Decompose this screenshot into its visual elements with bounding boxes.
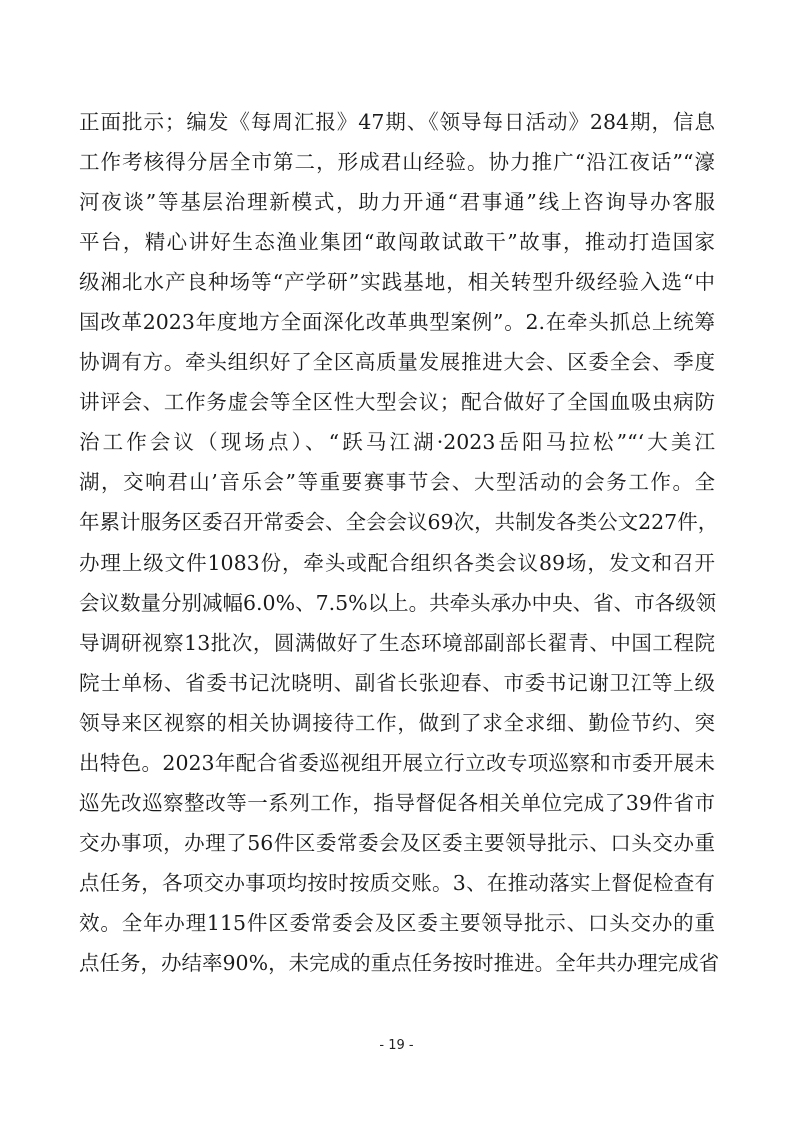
text-line-11: 年累计服务区委召开常委会、全会会议69次，共制发各类公文227件， <box>79 502 715 542</box>
text-line-6: 国改革2023年度地方全面深化改革典型案例”。2.在牵头抓总上统筹 <box>79 302 715 342</box>
text-line-8: 讲评会、工作务虚会等全区性大型会议；配合做好了全国血吸虫病防 <box>79 382 715 422</box>
text-line-3: 河夜谈”等基层治理新模式，助力开通“君事通”线上咨询导办客服 <box>79 182 715 222</box>
text-line-13: 会议数量分别减幅6.0%、7.5%以上。共牵头承办中央、省、市各级领 <box>79 583 715 623</box>
text-line-18: 巡先改巡察整改等一系列工作，指导督促各相关单位完成了39件省市 <box>79 783 715 823</box>
text-line-7: 协调有方。牵头组织好了全区高质量发展推进大会、区委全会、季度 <box>79 342 715 382</box>
text-line-15: 院士单杨、省委书记沈晓明、副省长张迎春、市委书记谢卫江等上级 <box>79 663 715 703</box>
text-line-14: 导调研视察13批次，圆满做好了生态环境部副部长翟青、中国工程院 <box>79 623 715 663</box>
page-number: - 19 - <box>0 1038 793 1053</box>
text-line-4: 平台，精心讲好生态渔业集团“敢闯敢试敢干”故事，推动打造国家 <box>79 222 715 262</box>
text-line-20: 点任务，各项交办事项均按时按质交账。3、在推动落实上督促检查有 <box>79 863 715 903</box>
document-page: 正面批示；编发《每周汇报》47期、《领导每日活动》284期，信息 工作考核得分居… <box>0 0 793 1122</box>
text-line-17: 出特色。2023年配合省委巡视组开展立行立改专项巡察和市委开展未 <box>79 743 715 783</box>
text-line-22: 点任务，办结率90%，未完成的重点任务按时推进。全年共办理完成省 <box>79 943 715 983</box>
text-line-10: 湖，交响君山’音乐会”等重要赛事节会、大型活动的会务工作。全 <box>79 462 715 502</box>
text-line-16: 领导来区视察的相关协调接待工作，做到了求全求细、勤俭节约、突 <box>79 703 715 743</box>
text-line-9: 治工作会议（现场点）、“跃马江湖·2023岳阳马拉松”“‘大美江 <box>79 422 715 462</box>
text-line-19: 交办事项，办理了56件区委常委会及区委主要领导批示、口头交办重 <box>79 823 715 863</box>
text-line-1: 正面批示；编发《每周汇报》47期、《领导每日活动》284期，信息 <box>79 102 715 142</box>
text-line-21: 效。全年办理115件区委常委会及区委主要领导批示、口头交办的重 <box>79 903 715 943</box>
text-line-2: 工作考核得分居全市第二，形成君山经验。协力推广“沿江夜话”“濠 <box>79 142 715 182</box>
text-line-12: 办理上级文件1083份，牵头或配合组织各类会议89场，发文和召开 <box>79 543 715 583</box>
body-paragraph: 正面批示；编发《每周汇报》47期、《领导每日活动》284期，信息 工作考核得分居… <box>79 102 719 983</box>
text-line-5: 级湘北水产良种场等“产学研”实践基地，相关转型升级经验入选“中 <box>79 262 715 302</box>
